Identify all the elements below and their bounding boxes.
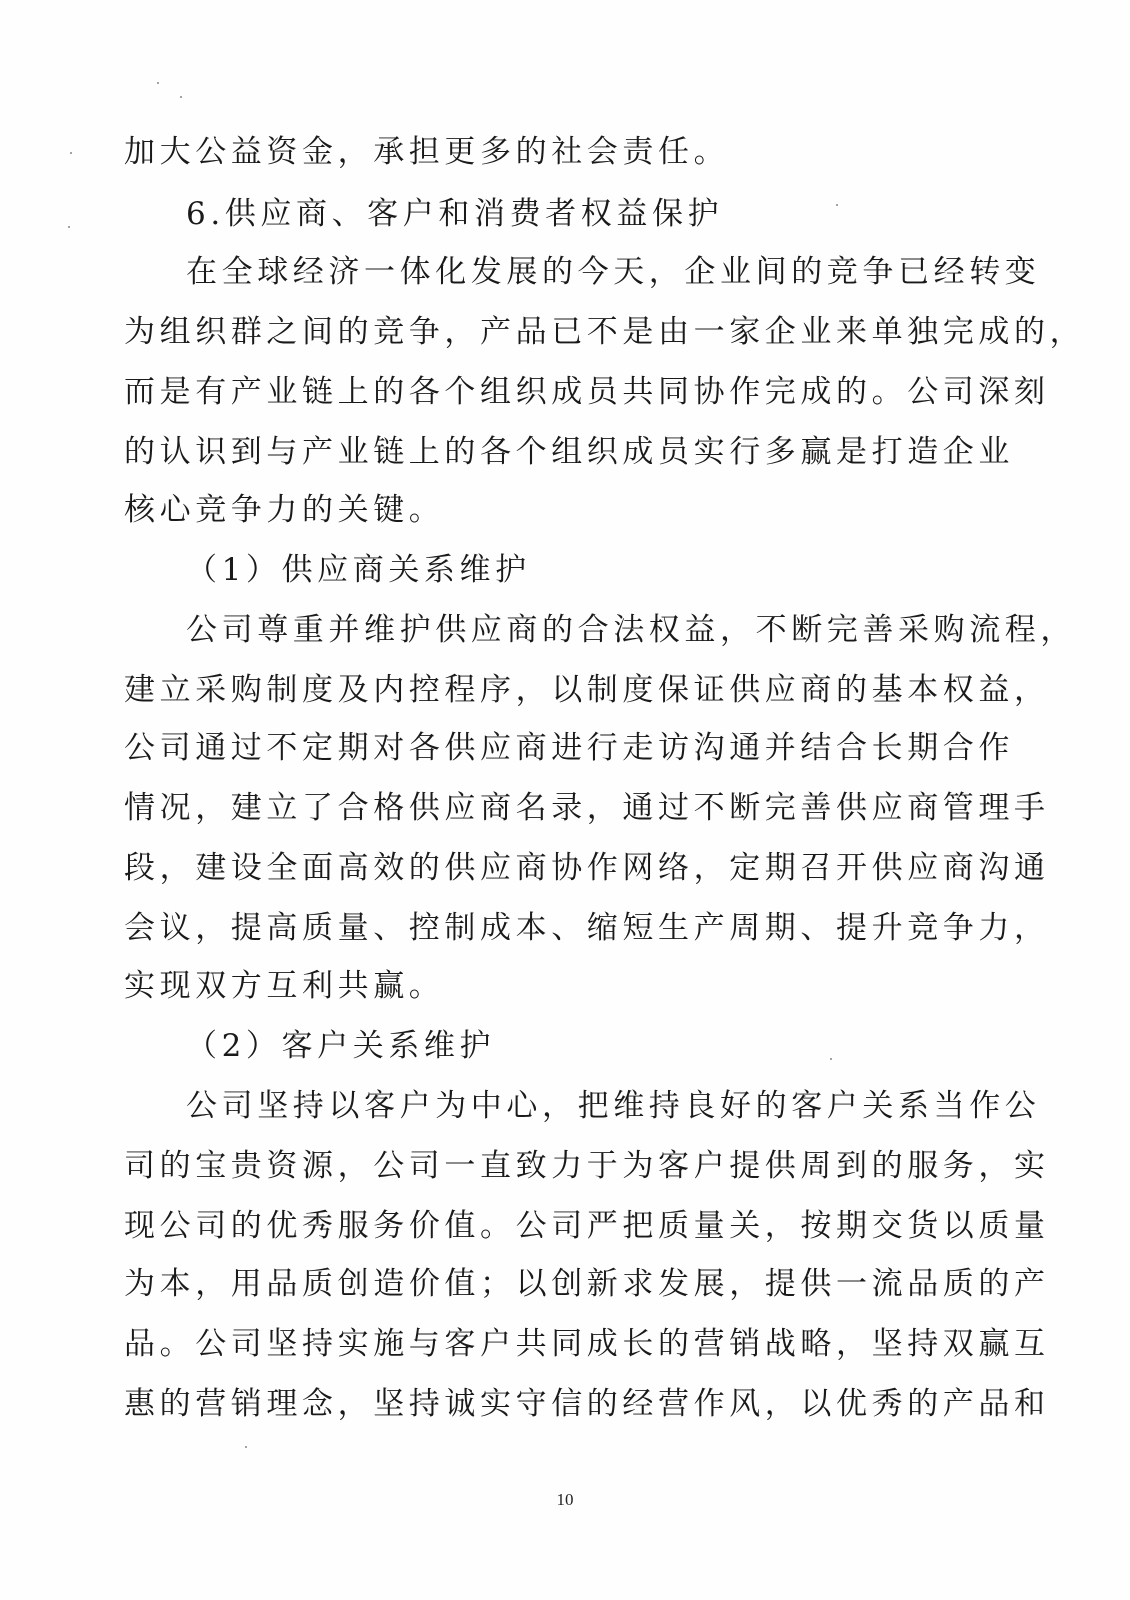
body-text-line: 为组织群之间的竞争，产品已不是由一家企业来单独完成的， <box>124 312 1085 352</box>
scan-speck <box>68 226 70 228</box>
scan-speck <box>836 204 838 206</box>
body-text-line: 段，建设全面高效的供应商协作网络，定期召开供应商沟通 <box>124 848 1050 888</box>
document-page: 加大公益资金，承担更多的社会责任。 6.供应商、客户和消费者权益保护 在全球经济… <box>0 0 1130 1600</box>
subsection-heading: （1）供应商关系维护 <box>186 550 531 590</box>
body-text-line: 情况，建立了合格供应商名录，通过不断完善供应商管理手 <box>124 788 1050 828</box>
body-text-line: 司的宝贵资源，公司一直致力于为客户提供周到的服务，实 <box>124 1146 1050 1186</box>
subsection-heading: （2）客户关系维护 <box>186 1026 495 1066</box>
body-text-line: 加大公益资金，承担更多的社会责任。 <box>124 132 729 172</box>
body-text-line: 品。公司坚持实施与客户共同成长的营销战略，坚持双赢互 <box>124 1324 1050 1364</box>
section-heading: 6.供应商、客户和消费者权益保护 <box>186 194 723 234</box>
paragraph-first-line: 公司尊重并维护供应商的合法权益，不断完善采购流程， <box>186 610 1076 650</box>
body-text-line: 实现双方互利共赢。 <box>124 966 444 1006</box>
body-text-line: 现公司的优秀服务价值。公司严把质量关，按期交货以质量 <box>124 1206 1050 1246</box>
body-text-line: 惠的营销理念，坚持诚实守信的经营作风，以优秀的产品和 <box>124 1384 1050 1424</box>
body-text-line: 会议，提高质量、控制成本、缩短生产周期、提升竞争力， <box>124 908 1050 948</box>
body-text-line: 的认识到与产业链上的各个组织成员实行多赢是打造企业 <box>124 432 1014 472</box>
scan-speck <box>830 1058 832 1060</box>
paragraph-first-line: 在全球经济一体化发展的今天，企业间的竞争已经转变 <box>186 252 1040 292</box>
body-text-line: 公司通过不定期对各供应商进行走访沟通并结合长期合作 <box>124 728 1014 768</box>
body-text-line: 为本，用品质创造价值；以创新求发展，提供一流品质的产 <box>124 1264 1050 1304</box>
scan-speck <box>272 852 274 854</box>
body-text-line: 建立采购制度及内控程序，以制度保证供应商的基本权益， <box>124 670 1050 710</box>
scan-speck <box>245 1446 247 1448</box>
scan-speck <box>180 96 182 98</box>
scan-speck <box>237 800 239 802</box>
body-text-line: 而是有产业链上的各个组织成员共同协作完成的。公司深刻 <box>124 372 1050 412</box>
page-number: 10 <box>0 1490 1130 1510</box>
paragraph-first-line: 公司坚持以客户为中心，把维持良好的客户关系当作公 <box>186 1086 1040 1126</box>
scan-speck <box>157 82 159 84</box>
scan-speck <box>70 152 72 154</box>
body-text-line: 核心竞争力的关键。 <box>124 490 444 530</box>
